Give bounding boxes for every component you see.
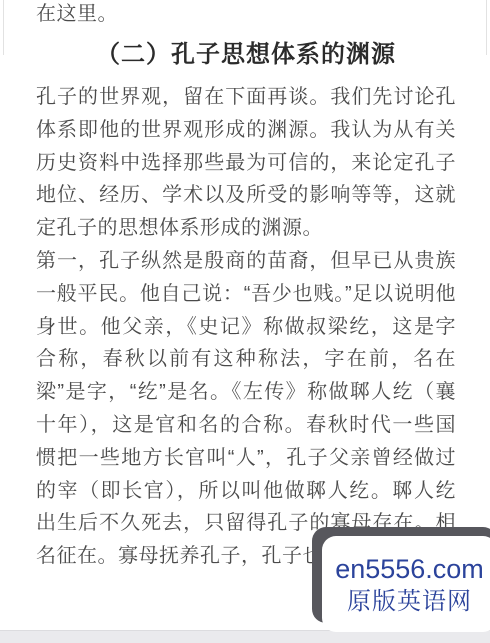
- text-line: 体系即他的世界观形成的渊源。我认为从有关孔子的: [36, 114, 456, 147]
- right-edge-line: [486, 0, 487, 55]
- text-line: 身世。他父亲，《史记》称做叔梁纥，这是字和名的: [36, 311, 456, 344]
- section-title: （二）孔子思想体系的渊源: [36, 40, 456, 70]
- text-line: 地位、经历、学术以及所受的影响等等，这就可以确: [36, 179, 456, 212]
- text-line: 十年），这是官和名的合称。春秋时代一些国家，习: [36, 409, 456, 442]
- text-line: 定孔子的思想体系形成的渊源。: [36, 212, 456, 245]
- text-line: 合称，春秋以前有这种称法，字在前，名在后。“叔: [36, 343, 456, 376]
- text-line: 梁”是字，“纥”是名。《左传》称做郰人纥（襄公: [36, 376, 456, 409]
- text-line: 孔子的世界观，留在下面再谈。我们先讨论孔子思想: [36, 81, 456, 114]
- watermark-box: en5556.com 原版英语网: [322, 536, 490, 632]
- left-edge-line: [3, 0, 4, 55]
- text-line: 一般平民。他自己说：“吾少也贱。”足以说明他的: [36, 278, 456, 311]
- page-container: 在这里。 （二）孔子思想体系的渊源 孔子的世界观，留在下面再谈。我们先讨论孔子思…: [0, 0, 490, 643]
- text-line: 惯把一些地方长官叫“人”，孔子父亲曾经做过郰地: [36, 442, 456, 475]
- text-line: 的宰（即长官），所以叫他做郰人纥。郰人纥在孔子: [36, 475, 456, 508]
- watermark-caption-text: 原版英语网: [347, 588, 472, 616]
- article-content: 在这里。 （二）孔子思想体系的渊源 孔子的世界观，留在下面再谈。我们先讨论孔子思…: [36, 0, 456, 573]
- body-lines: 孔子的世界观，留在下面再谈。我们先讨论孔子思想体系即他的世界观形成的渊源。我认为…: [36, 81, 456, 573]
- leading-text: 在这里。: [36, 2, 456, 27]
- text-line: 历史资料中选择那些最为可信的，来论定孔子的阶级: [36, 147, 456, 180]
- text-line: 第一，孔子纵然是殷商的苗裔，但早已从贵族下降到: [36, 245, 456, 278]
- watermark-site-text: en5556.com: [335, 553, 484, 585]
